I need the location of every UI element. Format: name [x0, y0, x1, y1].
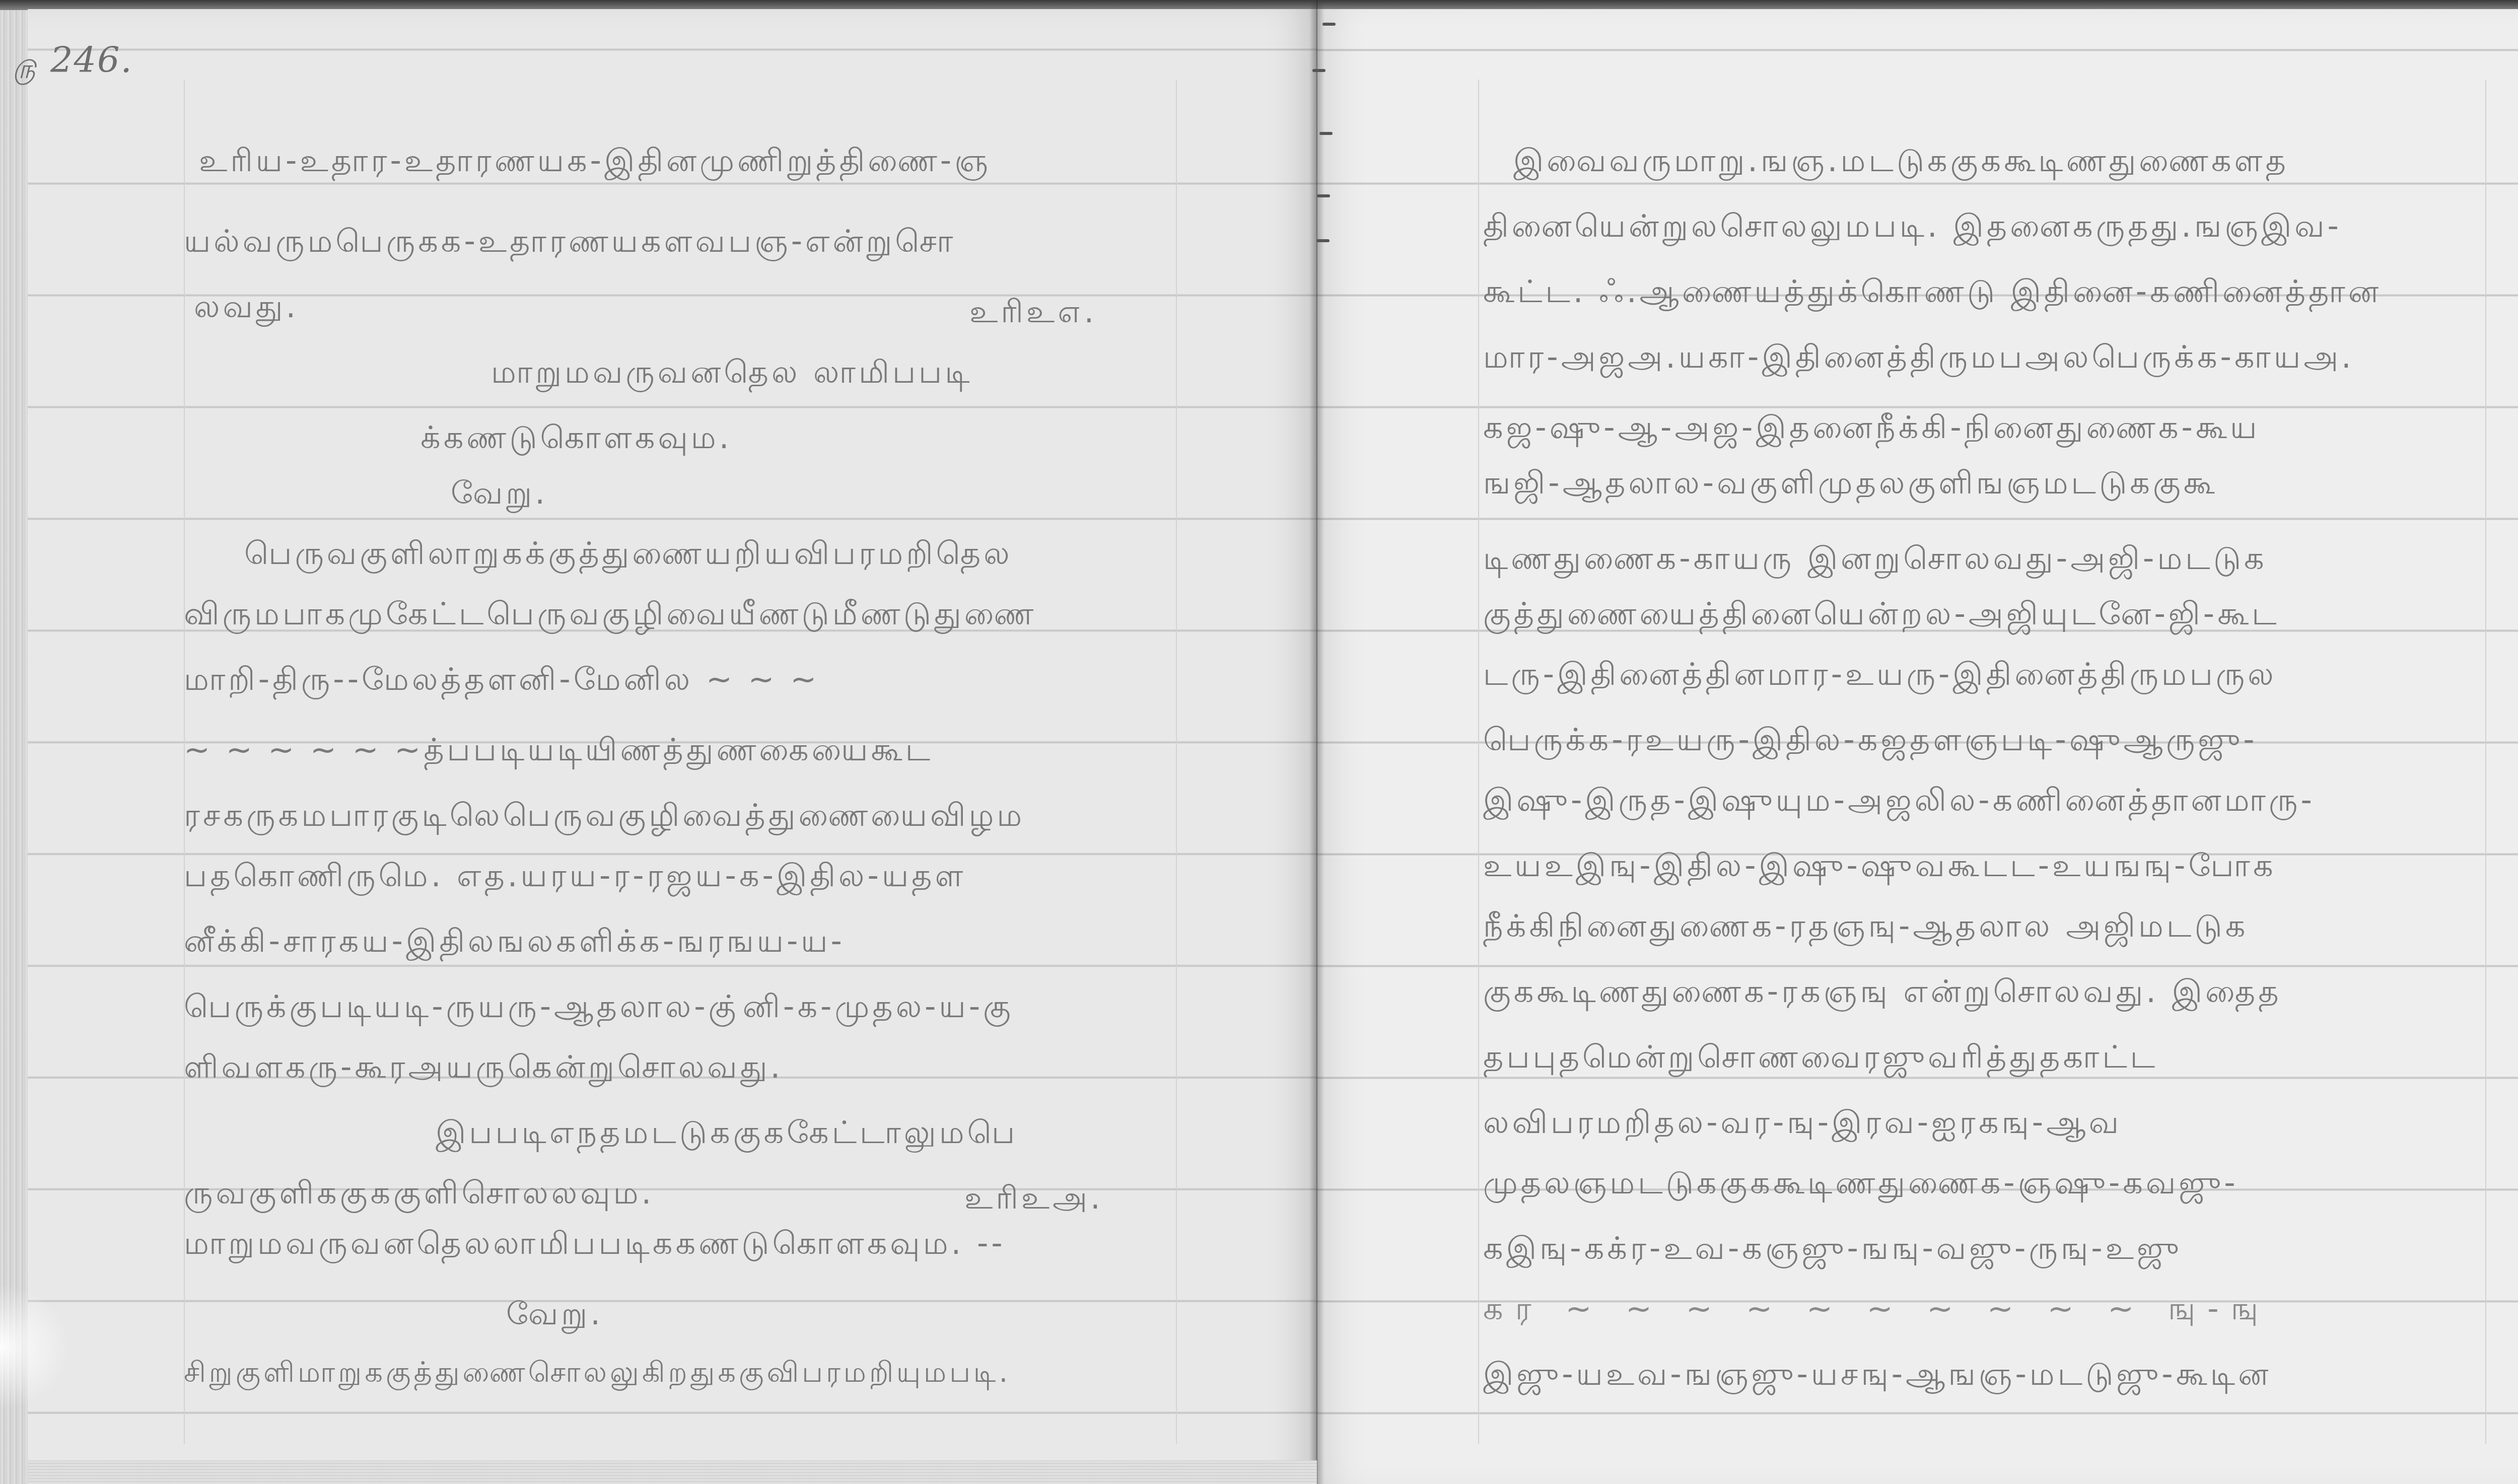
text-line: ~ ~ ~ ~ ~ ~த்பபடியடியிணத்துணகையைகூட: [184, 734, 933, 765]
section-number: உரிஉ௭.: [969, 296, 1097, 327]
text-line: குத்துணையைத்தினையென்றல-அஜியுடனே-ஜி-கூட: [1483, 598, 2280, 629]
text-line: உரிய-உதார-உதாரணயக-இதினமுணிறுத்திணை-ஞ: [199, 145, 991, 176]
text-line: ருவகுளிககுககுளிசொலலவும.: [184, 1177, 654, 1209]
text-line: ளிவளகரு-கூரஅயருகென்றுசொலவது.: [184, 1051, 783, 1083]
right-margin-rule: [2485, 80, 2486, 1444]
left-margin-rule: [1478, 80, 1479, 1444]
text-line: லவது.: [194, 291, 299, 322]
text-line: முதலஞமடடுககுககூடிணதுணைக-ஞஷு-கவஜு-: [1483, 1167, 2239, 1198]
text-line: லவிபரமறிதல-வர-ஙு-இரவ-ஐரகஙு-ஆவ: [1483, 1107, 2122, 1138]
text-line: விருமபாகமுகேட்டபெருவகுழிவையீணடுமீணடுதுணை: [184, 598, 1036, 629]
text-line: ஙஜி-ஆதலால-வகுளிமுதலகுளிஙஞமடடுககுகூ: [1483, 467, 2218, 499]
text-line: சிறுகுளிமாறுககுத்துணைசொலலுகிறதுககுவிபரமற…: [184, 1359, 1011, 1387]
binding-spine: [1309, 0, 1324, 1484]
text-line: க்கணடுகொளகவும.: [421, 422, 732, 453]
text-line: இஜு-யஉவ-ஙஞஜு-யசஙு-ஆஙஞ-மடடுஜு-கூடின: [1483, 1359, 2271, 1390]
section-heading: வேறு.: [451, 477, 548, 509]
text-line: தினையென்றுலசொலலுமபடி. இதனைகருதது.ஙஞஇவ-: [1483, 210, 2342, 242]
text-line: பெருவகுளிலாறுகக்குத்துணையறியவிபரமறிதெல: [244, 538, 1013, 569]
section-number: உரிஉஅ.: [964, 1182, 1103, 1214]
text-line: னீக்கி-சாரகய-இதிலஙலகளிக்க-ஙரஙய-ய-: [184, 926, 845, 957]
binding-stitch: [1316, 239, 1330, 242]
section-heading: வேறு.: [506, 1298, 603, 1329]
bottom-page-edges: [28, 1460, 1317, 1484]
text-line: பெருக்க-ரஉயரு-இதில-கஜதளஞபடி-ஷுஆருஜு-: [1483, 724, 2258, 755]
page-number: 246.: [50, 39, 133, 81]
right-page: 247. இவைவருமாறு.ஙஞ.மடடுககுககூடிணதுணைகளத …: [1317, 9, 2518, 1484]
binding-stitch: [1319, 132, 1333, 135]
right-margin-rule: [1176, 80, 1177, 1444]
light-glare: [0, 1284, 71, 1410]
text-line: கூட்ட. ஃ.ஆணையத்துக்கொணடு இதினை-கணினைத்தா…: [1483, 276, 2382, 307]
left-page: 246. ௫ உரிய-உதார-உதாரணயக-இதினமுணிறுத்திண…: [28, 9, 1317, 1484]
text-line: பெருக்குபடியடி-ருயரு-ஆதலால-கு்னி-க-முதல-…: [184, 991, 1014, 1022]
text-line: மார-அஜஅ.யகா-இதினைத்திருமபஅலபெருக்க-காயஅ.: [1483, 341, 2354, 373]
text-line: இவைவருமாறு.ஙஞ.மடடுககுககூடிணதுணைகளத: [1513, 145, 2289, 176]
text-line: கர ~ ~ ~ ~ ~ ~ ~ ~ ~ ~ ஙு-ஙு: [1483, 1293, 2270, 1324]
notebook-spread: 246. ௫ உரிய-உதார-உதாரணயக-இதினமுணிறுத்திண…: [0, 0, 2518, 1484]
text-line: இஷு-இருத-இஷுயும-அஜலில-கணினைத்தானமாரு-: [1483, 785, 2315, 816]
text-line: உயஉஇஙு-இதில-இஷு-ஷுவகூடட-உயஙஙு-போக: [1483, 850, 2276, 881]
text-line: ரசகருகமபாரகுடிலெபெருவகுழிவைத்துணையைவிழம: [184, 800, 1025, 831]
text-line: பதகொணிருமெ. எத.யரய-ர-ரஜய-க-இதில-யதள: [184, 860, 966, 891]
binding-stitch: [1322, 23, 1336, 26]
text-line: டிணதுணைக-காயரு இனறுசொலவது-அஜி-மடடுக: [1483, 543, 2267, 574]
text-line: தபபுதமென்றுசொணவைரஜுவரித்துதகாட்ட: [1483, 1041, 2158, 1073]
text-line: இபபடிஎநதமடடுககுககேட்டாலுமபெ: [436, 1117, 1018, 1148]
text-line: யல்வருமபெருகக-உதாரணயகளவபஞ-என்றுசொ: [184, 226, 956, 257]
text-line: டரு-இதினைத்தினமார-உயரு-இதினைத்திருமபருல: [1483, 659, 2277, 690]
text-line: குககூடிணதுணைக-ரகஞஙு என்றுசொலவது. இதைத: [1483, 976, 2282, 1007]
text-line: மாறி-திரு--மேலத்தளனி-மேனில ~ ~ ~: [184, 664, 819, 695]
binding-stitch: [1317, 194, 1330, 197]
text-line: மாறுமவருவனதெல லாமிபபடி: [491, 357, 973, 388]
text-line: கஜ-ஷு-ஆ-அஜ-இதனைநீக்கி-நினைதுணைக-கூய: [1483, 412, 2260, 443]
margin-mark: ௫: [13, 54, 37, 88]
text-line: மாறுமவருவனதெலலாமிபபடிககணடுகொளகவும. --: [184, 1228, 1006, 1259]
text-line: கஇஙு-கக்ர-உவ-கஞஜு-ஙஙு-வஜு-ருஙு-உஜு: [1483, 1233, 2182, 1264]
text-line: நீக்கிநினைதுணைக-ரதஞஙு-ஆதலால அஜிமடடுக: [1483, 910, 2248, 942]
stacked-page-edges: [0, 10, 29, 1484]
binding-stitch: [1312, 69, 1325, 72]
